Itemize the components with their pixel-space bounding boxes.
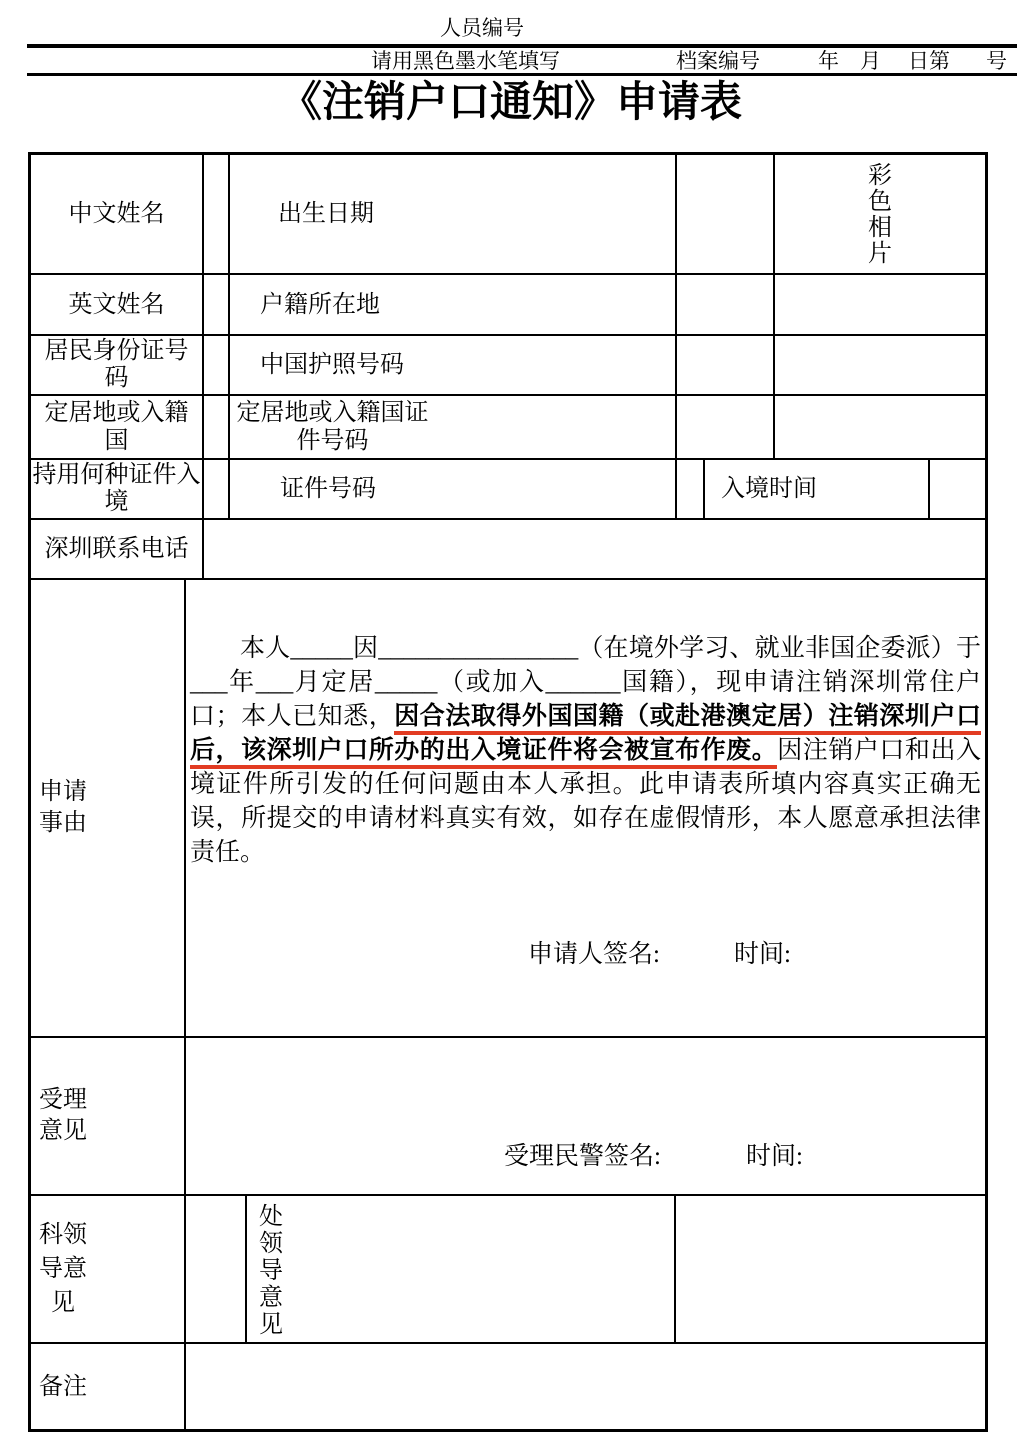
blank-cell — [677, 275, 775, 334]
row-leader-opinion: 科领 导意 见 处 领 导 意 见 — [31, 1196, 985, 1344]
blank-cell — [775, 336, 985, 394]
blank-cell — [676, 1196, 985, 1342]
cn-passport-label: 中国护照号码 — [260, 350, 404, 380]
cn-passport-label-cell: 中国护照号码 — [230, 336, 677, 394]
row-english-name: 英文姓名 户籍所在地 — [31, 275, 985, 336]
blank-cell — [186, 1196, 247, 1342]
reason-label-cell: 申请 事由 — [31, 580, 186, 1036]
officer-time-label: 时间: — [746, 1142, 803, 1172]
row-chinese-name: 中文姓名 出生日期 彩 色 相 片 — [31, 155, 985, 275]
blank-cell — [204, 155, 230, 273]
row-remarks: 备注 — [31, 1344, 985, 1429]
resident-id-label: 居民身份证号 码 — [31, 336, 204, 394]
row-reason: 申请 事由 本人_____因________________（在境外学习、就业非… — [31, 580, 985, 1038]
row-resident-id: 居民身份证号 码 中国护照号码 — [31, 336, 985, 396]
officer-sign-label: 受理民警签名: — [504, 1142, 661, 1172]
acceptance-label: 受理 意见 — [39, 1085, 87, 1147]
blank-cell — [204, 520, 985, 578]
row-entry-doc: 持用何种证件入 境 证件号码 入境时间 — [31, 460, 985, 520]
page-title: 《注销户口通知》申请表 — [0, 76, 1022, 128]
blank-cell — [204, 275, 230, 334]
file-no-label: 档案编号 — [676, 49, 760, 73]
remarks-label-cell: 备注 — [31, 1344, 186, 1429]
chinese-name-label: 中文姓名 — [31, 155, 204, 273]
blank-cell — [775, 275, 985, 334]
household-location-label-cell: 户籍所在地 — [230, 275, 677, 334]
section-leader-label: 科领 导意 见 — [39, 1218, 87, 1320]
reason-content-cell: 本人_____因________________（在境外学习、就业非国企委派）于… — [186, 580, 985, 1036]
no-label: 号 — [986, 49, 1007, 73]
division-leader-label: 处 领 导 意 见 — [259, 1204, 283, 1339]
row-settle-country: 定居地或入籍 国 定居地或入籍国证 件号码 — [31, 396, 985, 460]
form-table: 中文姓名 出生日期 彩 色 相 片 英文姓名 户籍所在地 — [28, 152, 988, 1432]
scanned-form-page: 人员编号 请用黑色墨水笔填写 档案编号 年 月 日第 号 《注销户口通知》申请表… — [0, 0, 1022, 1442]
doc-no-label-cell: 证件号码 — [230, 460, 677, 518]
entry-time-label: 入境时间 — [721, 474, 817, 504]
birth-date-label: 出生日期 — [278, 199, 374, 229]
header-rule-top — [27, 44, 1017, 48]
row-acceptance: 受理 意见 受理民警签名: 时间: — [31, 1038, 985, 1196]
blank-cell — [204, 460, 230, 518]
acceptance-content-cell: 受理民警签名: 时间: — [186, 1038, 985, 1194]
year-label: 年 — [818, 49, 839, 73]
english-name-label: 英文姓名 — [31, 275, 204, 334]
blank-cell — [677, 460, 705, 518]
settle-country-label: 定居地或入籍 国 — [31, 396, 204, 458]
reason-label: 申请 事由 — [39, 777, 87, 839]
fill-instruction-label: 请用黑色墨水笔填写 — [371, 49, 560, 73]
entry-doc-label: 持用何种证件入 境 — [31, 460, 204, 518]
applicant-sign-label: 申请人签名: — [528, 940, 660, 970]
reason-paragraph: 本人_____因________________（在境外学习、就业非国企委派）于… — [190, 632, 981, 870]
color-photo-label: 彩 色 相 片 — [868, 163, 892, 267]
division-leader-cell: 处 领 导 意 见 — [247, 1196, 676, 1342]
remarks-label: 备注 — [39, 1372, 87, 1402]
color-photo-cell: 彩 色 相 片 — [775, 155, 985, 273]
doc-no-label: 证件号码 — [280, 474, 376, 504]
household-location-label: 户籍所在地 — [260, 290, 380, 320]
blank-cell — [775, 396, 985, 458]
blank-cell — [677, 396, 775, 458]
blank-cell — [677, 155, 775, 273]
blank-cell — [204, 336, 230, 394]
birth-date-label-cell: 出生日期 — [230, 155, 677, 273]
entry-time-label-cell: 入境时间 — [705, 460, 930, 518]
settle-doc-no-label: 定居地或入籍国证 件号码 — [230, 399, 435, 455]
sz-phone-label: 深圳联系电话 — [31, 520, 204, 578]
acceptance-label-cell: 受理 意见 — [31, 1038, 186, 1194]
personnel-no-label: 人员编号 — [440, 16, 524, 40]
month-label: 月 — [860, 49, 881, 73]
blank-cell — [186, 1344, 985, 1429]
day-no-label: 日第 — [908, 49, 950, 73]
settle-doc-no-label-cell: 定居地或入籍国证 件号码 — [230, 396, 677, 458]
section-leader-label-cell: 科领 导意 见 — [31, 1196, 186, 1342]
blank-cell — [930, 460, 985, 518]
blank-cell — [677, 336, 775, 394]
applicant-time-label: 时间: — [734, 940, 791, 970]
blank-cell — [204, 396, 230, 458]
row-sz-phone: 深圳联系电话 — [31, 520, 985, 580]
